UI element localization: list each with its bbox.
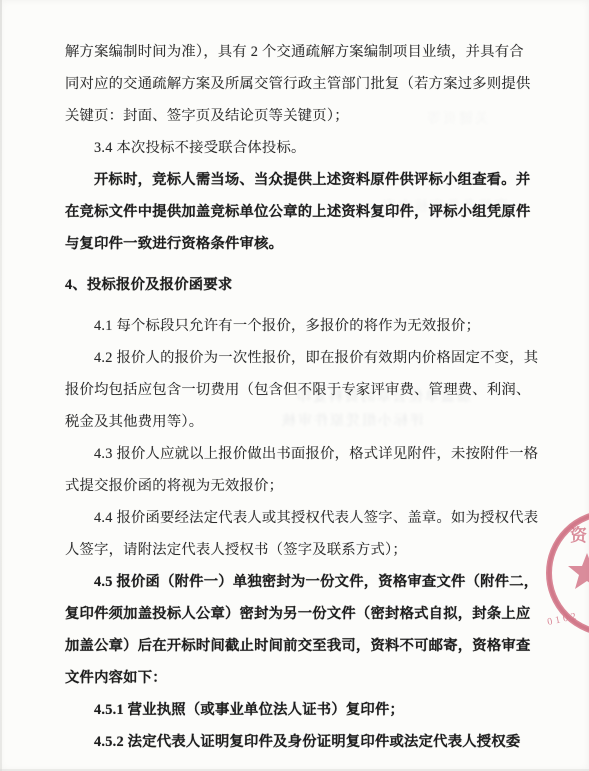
clause-4-2-line-2: 报价均包括应包含一切费用（包含但不限于专家评审费、管理费、利润、: [65, 374, 533, 406]
clause-4-1: 4.1 每个标段只允许有一个报价，多报价的将作为无效报价；: [65, 310, 533, 342]
clause-4-3-line-1: 4.3 报价人应就以上报价做出书面报价，格式详见附件，未按附件一格: [65, 438, 533, 470]
star-icon: [568, 553, 589, 589]
page-left-edge-shadow: [0, 0, 2, 771]
clause-3-3-continuation-3: 关键页：封面、签字页及结论页等关键页）；: [65, 100, 533, 132]
section-4-heading: 4、投标报价及报价函要求: [65, 269, 533, 301]
seal-ring: [549, 513, 589, 633]
clause-4-5-1: 4.5.1 营业执照（或事业单位法人证书）复印件；: [65, 694, 533, 726]
clause-3-3-continuation-1: 解方案编制时间为准），具有 2 个交通疏解方案编制项目业绩，并具有合: [65, 36, 533, 68]
clause-4-4-line-2: 人签字，请附法定代表人授权书（签字及联系方式）；: [65, 534, 533, 566]
clause-4-2-line-3: 税金及其他费用等）。: [65, 406, 533, 438]
clause-4-3-line-2: 式提交报价函的将视为无效报价；: [65, 470, 533, 502]
official-seal: 资 0102: [543, 503, 589, 641]
seal-digits: 0102: [546, 611, 580, 628]
open-bid-paragraph-1: 开标时，竞标人需当场、当众提供上述资料原件供评标小组查看。并: [65, 164, 533, 196]
clause-4-5-2: 4.5.2 法定代表人证明复印件及身份证明复印件或法定代表人授权委: [65, 726, 533, 758]
document-page: 加盖单位公章的资料复印 评标小组凭原件审核 资格条件审核内容 关键页等 解方案编…: [0, 0, 589, 771]
clause-3-3-continuation-2: 同对应的交通疏解方案及所属交管行政主管部门批复（若方案过多则提供: [65, 68, 533, 100]
open-bid-paragraph-3: 与复印件一致进行资格条件审核。: [65, 228, 533, 260]
open-bid-paragraph-2: 在竞标文件中提供加盖竞标单位公章的上述资料复印件，评标小组凭原件: [65, 196, 533, 228]
clause-4-5-line-1: 4.5 报价函（附件一）单独密封为一份文件，资格审查文件（附件二，: [65, 566, 533, 598]
clause-4-5-line-2: 复印件须加盖投标人公章）密封为另一份文件（密封格式自拟，封条上应: [65, 598, 533, 630]
clause-4-5-line-3: 加盖公章）后在开标时间截止时间前交至我司，资料不可邮寄，资格审查: [65, 630, 533, 662]
clause-3-4: 3.4 本次投标不接受联合体投标。: [65, 132, 533, 164]
clause-4-4-line-1: 4.4 报价函要经法定代表人或其授权代表人签字、盖章。如为授权代表: [65, 502, 533, 534]
seal-character: 资: [570, 525, 588, 545]
clause-4-5-line-4: 文件内容如下：: [65, 662, 533, 694]
clause-4-2-line-1: 4.2 报价人的报价为一次性报价，即在报价有效期内价格固定不变，其: [65, 342, 533, 374]
document-body: 解方案编制时间为准），具有 2 个交通疏解方案编制项目业绩，并具有合 同对应的交…: [65, 36, 533, 758]
